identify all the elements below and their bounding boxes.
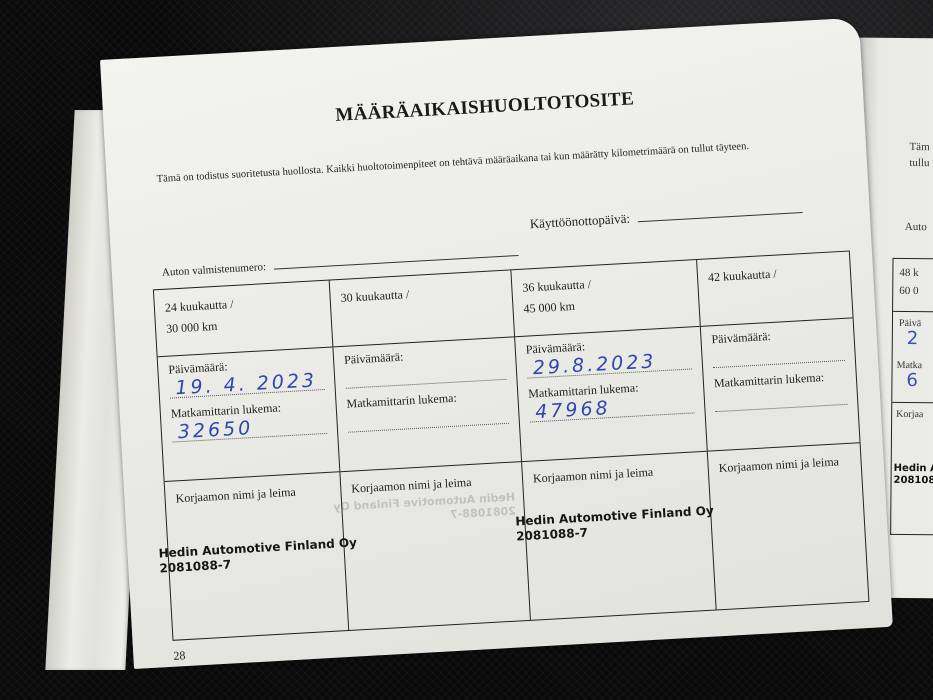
workshop-stamp: Hedin Automotive Finland Oy 2081088-7 bbox=[515, 503, 715, 544]
commissioning-date-field: Käyttöönottopäivä: bbox=[529, 201, 803, 232]
ghost-stamp-bleedthrough: Hedin Automotive Finland Oy 2081088-7 bbox=[333, 491, 516, 529]
odometer-handwritten: 47968 bbox=[535, 397, 612, 423]
right-interval-line1: 48 k bbox=[899, 267, 918, 279]
right-values-cell: Päivä 2 Matka 6 bbox=[892, 312, 933, 404]
right-vin-label: Auto bbox=[905, 221, 927, 233]
interval-cell: 36 kuukautta / 45 000 km bbox=[511, 260, 699, 337]
right-odometer-value: 6 bbox=[906, 370, 918, 391]
interval-line1: 42 kuukautta / bbox=[708, 260, 841, 288]
right-interval-cell: 48 k 60 0 bbox=[893, 259, 933, 313]
service-values-cell: Päivämäärä: Matkamittarin lukema: bbox=[333, 337, 521, 472]
service-values-cell: Päivämäärä: 19. 4. 2023 Matkamittarin lu… bbox=[158, 347, 340, 482]
service-values-cell: Päivämäärä: Matkamittarin lukema: bbox=[701, 318, 860, 451]
service-values-cell: Päivämäärä: 29.8.2023 Matkamittarin luke… bbox=[515, 327, 707, 462]
right-workshop-label: Korjaa bbox=[896, 409, 923, 420]
service-column: 24 kuukautta / 30 000 km Päivämäärä: 19.… bbox=[154, 281, 349, 640]
interval-line1: 30 kuukautta / bbox=[340, 279, 502, 309]
interval-cell: 42 kuukautta / bbox=[697, 251, 853, 326]
workshop-label: Korjaamon nimi ja leima bbox=[533, 462, 699, 486]
commissioning-date-line bbox=[638, 212, 803, 222]
interval-cell: 24 kuukautta / 30 000 km bbox=[154, 281, 332, 358]
service-column: 36 kuukautta / 45 000 km Päivämäärä: 29.… bbox=[511, 260, 716, 620]
right-date-value: 2 bbox=[907, 328, 919, 349]
service-column: 42 kuukautta / Päivämäärä: Matkamittarin… bbox=[697, 251, 868, 609]
right-service-table: 48 k 60 0 Päivä 2 Matka 6 Korjaa Hedin A… bbox=[890, 258, 933, 536]
workshop-cell: Korjaamon nimi ja leima Hedin Automotive… bbox=[165, 472, 349, 640]
workshop-label: Korjaamon nimi ja leima bbox=[175, 483, 331, 507]
vin-line bbox=[274, 255, 519, 270]
page-number: 28 bbox=[173, 648, 186, 664]
workshop-stamp: Hedin Automotive Finland Oy 2081088-7 bbox=[158, 535, 358, 576]
workshop-cell: Korjaamon nimi ja leima Hedin Automotive… bbox=[522, 452, 716, 620]
odometer-handwritten: 32650 bbox=[177, 417, 254, 443]
page-title: MÄÄRÄAIKAISHUOLTOTOSITE bbox=[335, 88, 635, 127]
right-stamp-id: 2081088 bbox=[894, 475, 933, 487]
service-table: 24 kuukautta / 30 000 km Päivämäärä: 19.… bbox=[153, 250, 870, 640]
right-stamp-name: Hedin A bbox=[894, 463, 933, 475]
workshop-label: Korjaamon nimi ja leima bbox=[718, 454, 851, 476]
commissioning-date-label: Käyttöönottopäivä: bbox=[529, 211, 630, 232]
right-workshop-cell: Korjaa Hedin A 2081088 bbox=[891, 403, 933, 534]
right-interval-line2: 60 0 bbox=[899, 285, 918, 297]
vin-label: Auton valmistenumero: bbox=[162, 261, 267, 279]
right-intro-line1: Täm bbox=[909, 141, 929, 153]
service-column: 30 kuukautta / Päivämäärä: Matkamittarin… bbox=[330, 270, 531, 630]
interval-cell: 30 kuukautta / bbox=[330, 270, 514, 347]
service-record-page: MÄÄRÄAIKAISHUOLTOTOSITE Tämä on todistus… bbox=[100, 18, 893, 669]
right-intro-line2: tullu bbox=[909, 157, 929, 169]
workshop-cell: Korjaamon nimi ja leima bbox=[708, 443, 869, 609]
intro-text: Tämä on todistus suoritetusta huollosta.… bbox=[156, 133, 846, 188]
workshop-cell: Korjaamon nimi ja leima Hedin Automotive… bbox=[340, 462, 530, 630]
